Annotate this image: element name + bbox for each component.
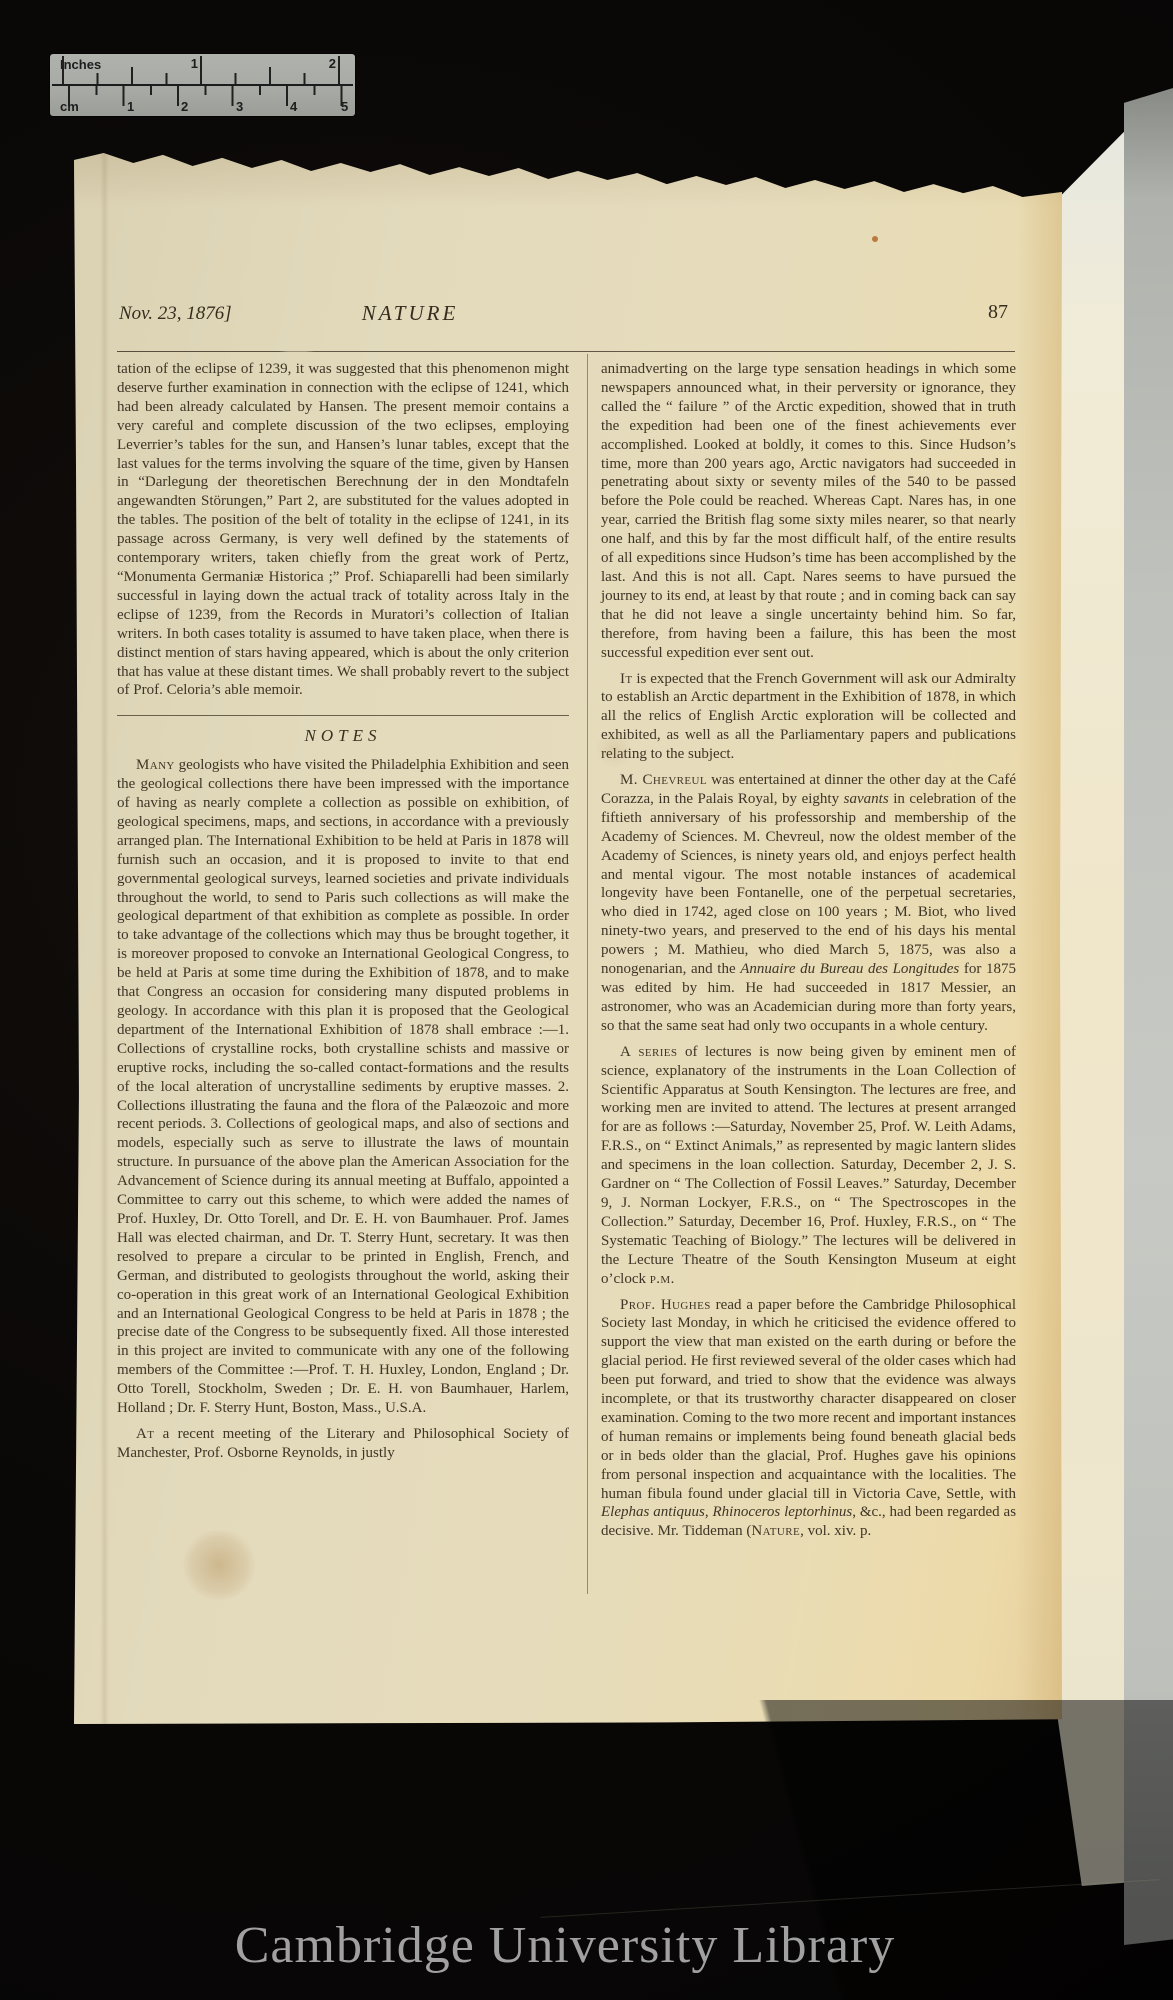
paragraph: tation of the eclipse of 1239, it was su… [117,360,569,700]
ruler-inch-number: 1 [184,57,198,70]
ruler-cm-ticks [68,86,346,113]
ruler-cm-number: 2 [181,100,188,113]
ruler-cm-number: 3 [236,100,243,113]
notes-paragraphs: Many geologists who have visited the Phi… [117,756,569,1463]
ruler-inch-ticks [62,56,344,84]
text-segment: Nature [751,1523,800,1539]
section-rule [117,715,569,716]
text-segment: geologists who have visited the Philadel… [117,757,569,1416]
scan-ruler: Inches 1 2 1 2 3 4 5 cm [50,54,355,116]
text-segment: is expected that the French Government w… [601,671,1016,763]
paragraph: It is expected that the French Governmen… [601,670,1016,765]
text-segment: savants [844,791,889,807]
text-segment: Elephas antiquus [601,1504,705,1520]
text-segment: of lectures is now being given by eminen… [601,1044,1016,1287]
ruler-inch-full-ticks [62,56,344,84]
journal-page: Nov. 23, 1876] NATURE 87 tation of the e… [74,148,1062,1724]
paragraph: Many geologists who have visited the Phi… [117,756,569,1418]
scanner-strip-gray [1124,88,1173,1945]
page-number: 87 [932,301,1008,324]
journal-title: NATURE [332,301,488,326]
notes-heading: NOTES [117,727,569,746]
ruler-cm-full-ticks [68,86,346,106]
text-segment: , [705,1504,713,1520]
text-segment: At [136,1426,154,1442]
text-segment: in celebration of the fiftieth anniversa… [601,791,1016,977]
ruler-cm-number: 1 [127,100,134,113]
text-segment: It [620,671,633,687]
text-segment: , vol. xiv. p. [800,1523,871,1539]
paragraph: At a recent meeting of the Literary and … [117,1425,569,1463]
paragraph: animadverting on the large type sensatio… [601,360,1016,663]
ruler-inch-number: 2 [322,57,336,70]
paragraph: M. Chevreul was entertained at dinner th… [601,771,1016,1036]
ruler-cm-label: cm [60,100,79,113]
page-crease [100,148,109,1724]
right-column: animadverting on the large type sensatio… [601,360,1016,1541]
text-segment: a recent meeting of the Literary and Phi… [117,1426,569,1461]
left-column: tation of the eclipse of 1239, it was su… [117,360,569,1463]
column-divider [587,354,588,1594]
ruler-cm-number: 4 [290,100,297,113]
foxing-stain [594,733,634,767]
ruler-cm-number: 5 [341,100,348,113]
header-date: Nov. 23, 1876] [119,303,232,325]
right-paragraphs: animadverting on the large type sensatio… [601,360,1016,1541]
foxing-stain [182,1530,256,1600]
text-segment: Rhinoceros leptorhinus [713,1504,853,1520]
text-segment: tation of the eclipse of 1239, it was su… [117,361,569,698]
text-segment: A series [620,1044,677,1060]
text-segment: read a paper before the Cambridge Philos… [601,1297,1016,1502]
text-segment: Many [136,757,175,773]
paragraph: A series of lectures is now being given … [601,1043,1016,1289]
text-segment: Prof. Hughes [620,1297,711,1313]
text-segment: p.m. [650,1271,675,1287]
paragraph: Prof. Hughes read a paper before the Cam… [601,1296,1016,1542]
header-rule [117,351,1015,352]
text-segment: Annuaire du Bureau des Longitudes [740,961,959,977]
page-edge-white [1058,126,1128,1886]
text-segment: M. Chevreul [620,772,707,788]
library-watermark: Cambridge University Library [0,1916,1130,1975]
intro-paragraphs: tation of the eclipse of 1239, it was su… [117,360,569,700]
foxing-stain [872,236,878,242]
text-segment: animadverting on the large type sensatio… [601,361,1016,661]
